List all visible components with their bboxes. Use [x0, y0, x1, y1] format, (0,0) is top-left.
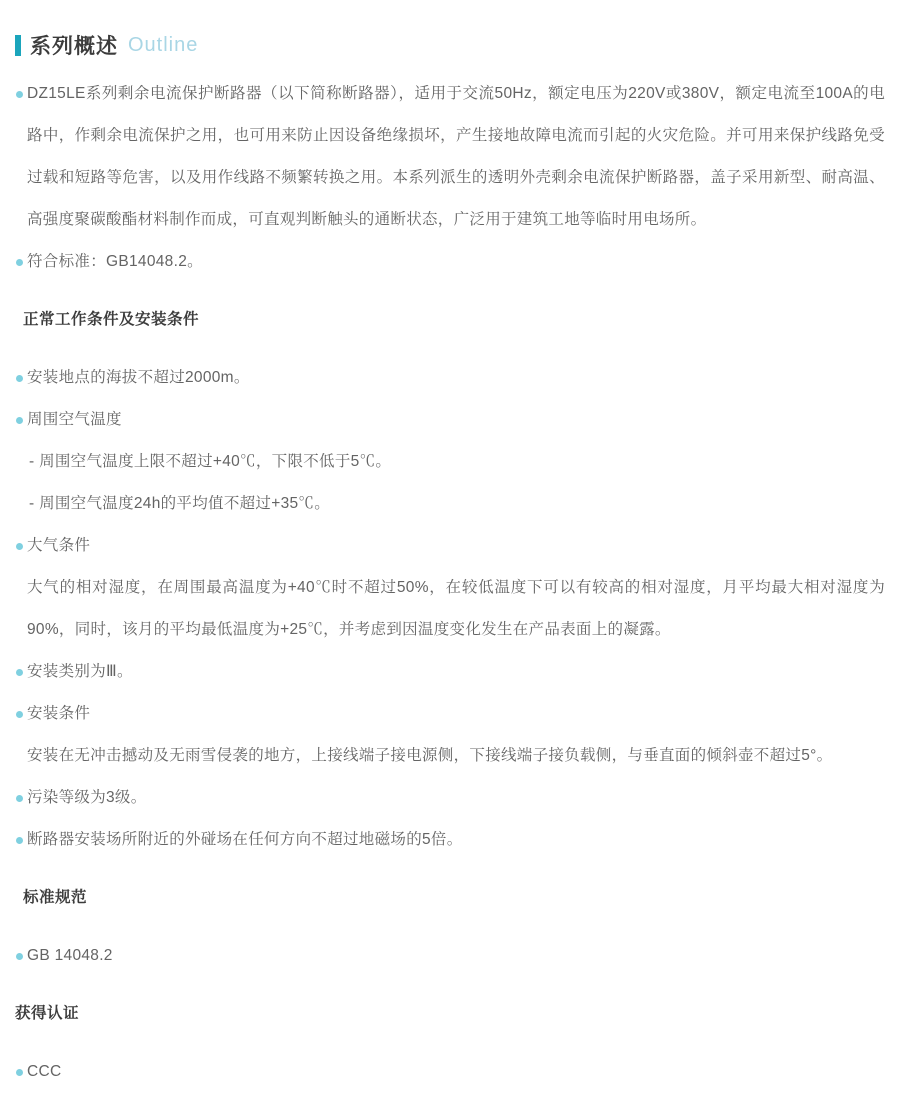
- list-item: 断路器安装场所附近的外碰场在任何方向不超过地磁场的5倍。: [15, 819, 885, 861]
- bullet-icon: [16, 711, 23, 718]
- sub-list-item: - 周围空气温度上限不超过+40℃，下限不低于5℃。: [15, 441, 885, 483]
- list-item: 安装条件: [15, 693, 885, 735]
- bullet-text: 污染等级为3级。: [27, 777, 885, 819]
- accent-bar-icon: [15, 35, 21, 56]
- list-item: 安装类别为Ⅲ。: [15, 651, 885, 693]
- paragraph: 大气的相对湿度，在周围最高温度为+40℃时不超过50%，在较低温度下可以有较高的…: [15, 567, 885, 651]
- bullet-text: 安装类别为Ⅲ。: [27, 651, 885, 693]
- bullet-text: 安装条件: [27, 693, 885, 735]
- list-item: 安装地点的海拔不超过2000m。: [15, 357, 885, 399]
- list-item: 周围空气温度: [15, 399, 885, 441]
- bullet-icon: [16, 417, 23, 424]
- bullet-icon: [16, 375, 23, 382]
- bullet-text: DZ15LE系列剩余电流保护断路器（以下简称断路器），适用于交流50Hz，额定电…: [27, 73, 885, 241]
- bullet-text: 周围空气温度: [27, 399, 885, 441]
- page-title-block: 系列概述 Outline: [15, 30, 885, 60]
- bullet-text: 大气条件: [27, 525, 885, 567]
- product-doc-page: 系列概述 Outline DZ15LE系列剩余电流保护断路器（以下简称断路器），…: [0, 0, 900, 1093]
- list-item: DZ15LE系列剩余电流保护断路器（以下简称断路器），适用于交流50Hz，额定电…: [15, 73, 885, 241]
- bullet-text: 安装地点的海拔不超过2000m。: [27, 357, 885, 399]
- bullet-icon: [16, 91, 23, 98]
- list-item: 污染等级为3级。: [15, 777, 885, 819]
- section-heading-conditions: 正常工作条件及安装条件: [23, 299, 885, 341]
- bullet-icon: [16, 837, 23, 844]
- section-heading-standards: 标准规范: [23, 877, 885, 919]
- section-heading-certifications: 获得认证: [15, 993, 885, 1035]
- sub-list-item: - 周围空气温度24h的平均值不超过+35℃。: [15, 483, 885, 525]
- list-item: CCC: [15, 1051, 885, 1093]
- list-item: GB 14048.2: [15, 935, 885, 977]
- bullet-icon: [16, 259, 23, 266]
- page-subtitle: Outline: [128, 34, 198, 57]
- bullet-icon: [16, 669, 23, 676]
- bullet-text: GB 14048.2: [27, 935, 885, 977]
- bullet-text: 断路器安装场所附近的外碰场在任何方向不超过地磁场的5倍。: [27, 819, 885, 861]
- bullet-icon: [16, 1069, 23, 1076]
- bullet-icon: [16, 543, 23, 550]
- list-item: 符合标准：GB14048.2。: [15, 241, 885, 283]
- page-title: 系列概述: [30, 30, 118, 60]
- bullet-icon: [16, 795, 23, 802]
- bullet-text: 符合标准：GB14048.2。: [27, 241, 885, 283]
- bullet-text: CCC: [27, 1051, 885, 1093]
- paragraph: 安装在无冲击撼动及无雨雪侵袭的地方，上接线端子接电源侧，下接线端子接负载侧，与垂…: [15, 735, 885, 777]
- bullet-icon: [16, 953, 23, 960]
- list-item: 大气条件: [15, 525, 885, 567]
